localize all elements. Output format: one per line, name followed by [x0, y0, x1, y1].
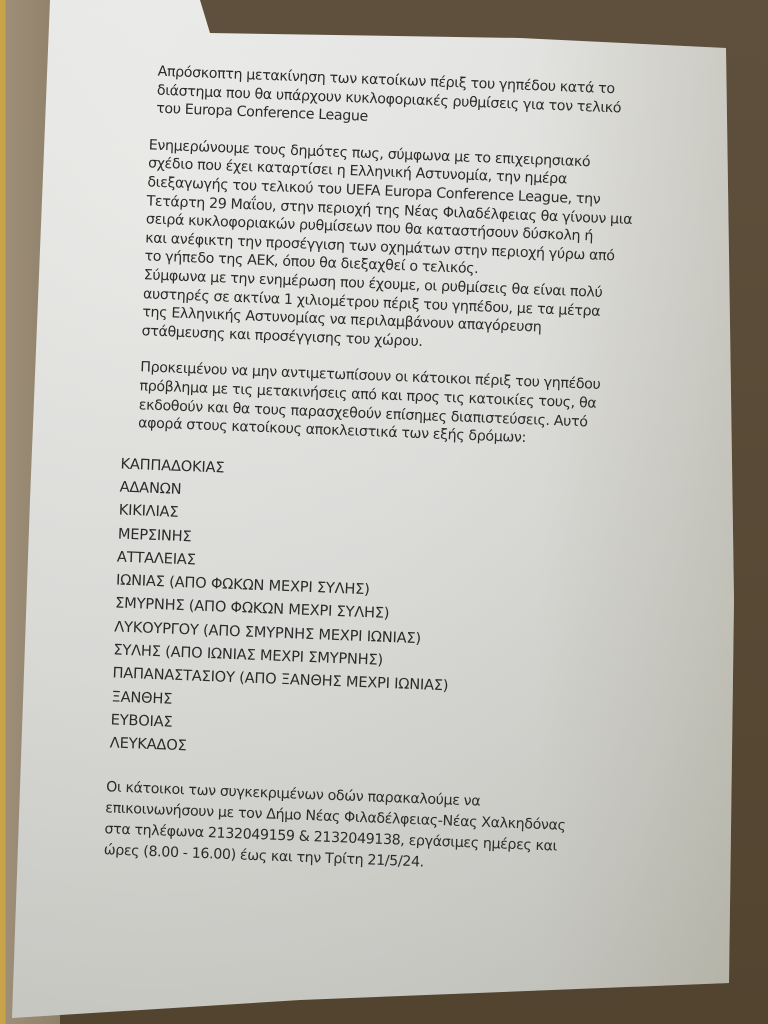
street-list: ΚΑΠΠΑΔΟΚΙΑΣ ΑΔΑΝΩΝ ΚΙΚΙΛΙΑΣ ΜΕΡΣΙΝΗΣ ΑΤΤ…: [109, 452, 644, 775]
notice-content: Απρόσκοπτη μετακίνηση των κατοίκων πέριξ…: [109, 62, 659, 881]
paragraph-announcement: Ενημερώνουμε τους δημότες πως, σύμφωνα μ…: [141, 136, 656, 360]
